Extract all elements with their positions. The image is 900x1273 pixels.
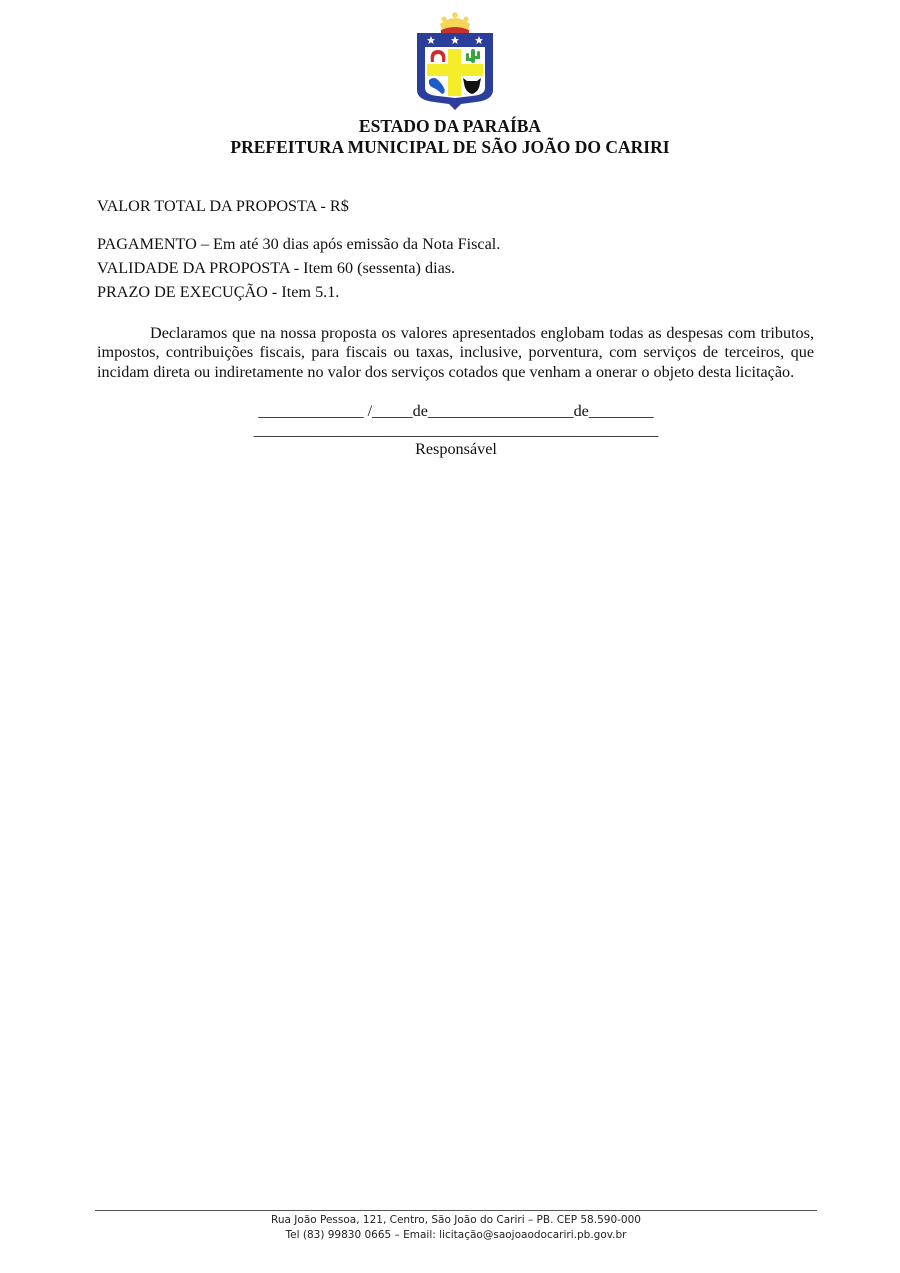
footer-divider (95, 1210, 817, 1211)
coat-of-arms-logo (414, 10, 496, 112)
municipality-title: PREFEITURA MUNICIPAL DE SÃO JOÃO DO CARI… (0, 137, 900, 158)
date-line: _____________ /_____de__________________… (0, 401, 900, 421)
payment-line: PAGAMENTO – Em até 30 dias após emissão … (97, 234, 500, 254)
deadline-line: PRAZO DE EXECUÇÃO - Item 5.1. (97, 282, 339, 302)
signature-line: ________________________________________… (0, 420, 900, 440)
state-title: ESTADO DA PARAÍBA (0, 116, 900, 137)
declaration-paragraph: Declaramos que na nossa proposta os valo… (97, 324, 814, 382)
total-value-line: VALOR TOTAL DA PROPOSTA - R$ (97, 196, 349, 216)
footer-address: Rua João Pessoa, 121, Centro, São João d… (0, 1213, 900, 1228)
validity-line: VALIDADE DA PROPOSTA - Item 60 (sessenta… (97, 258, 455, 278)
signature-label: Responsável (0, 439, 900, 459)
crown-icon (440, 12, 470, 33)
footer-contact: Tel (83) 99830 0665 – Email: licitação@s… (0, 1228, 900, 1243)
